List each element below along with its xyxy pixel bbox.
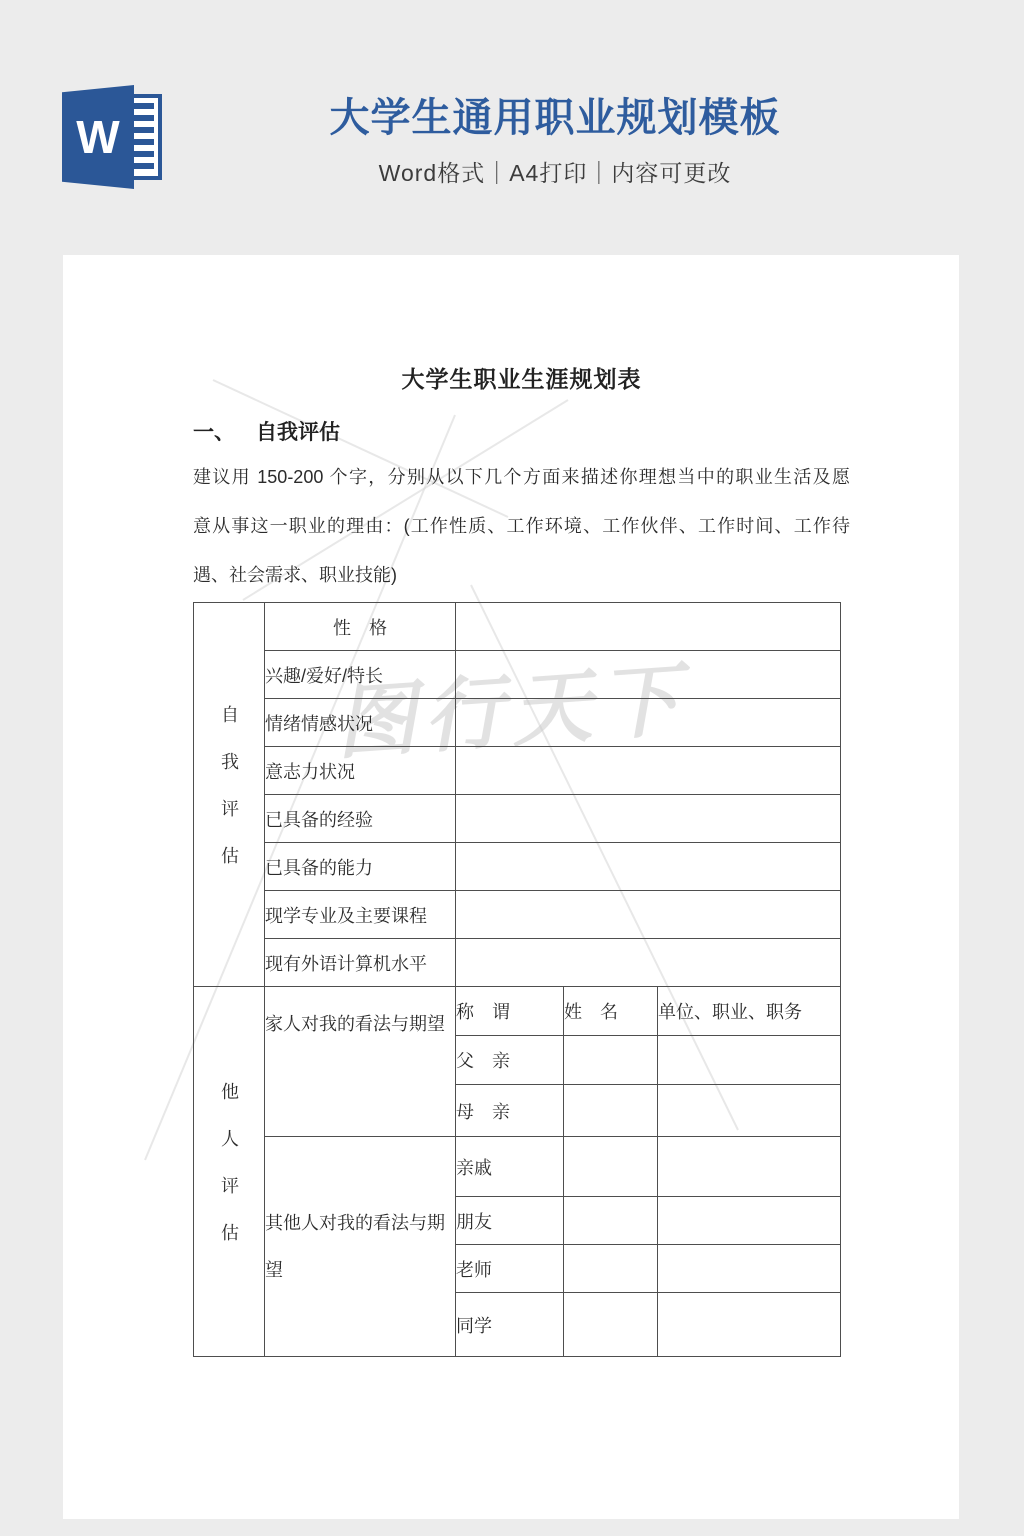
- group-label-family: 家人对我的看法与期望: [265, 987, 456, 1137]
- section1-row-header-cell: 自我评估: [194, 603, 265, 987]
- table-row: 现学专业及主要课程: [194, 891, 841, 939]
- input-cell: [456, 891, 841, 939]
- section-heading: 一、自我评估: [193, 419, 850, 447]
- table-row: 自我评估 性 格: [194, 603, 841, 651]
- input-cell: [456, 699, 841, 747]
- section1-row-header: 自我评估: [220, 691, 238, 893]
- row-label: 亲戚: [456, 1137, 564, 1197]
- word-icon-panel: W: [62, 85, 134, 189]
- input-cell: [564, 1197, 658, 1245]
- input-cell: [456, 843, 841, 891]
- input-cell: [564, 1137, 658, 1197]
- row-label: 意志力状况: [265, 747, 456, 795]
- table-row: 已具备的经验: [194, 795, 841, 843]
- section-number: 一、: [193, 419, 256, 447]
- group-label-others: 其他人对我的看法与期望: [265, 1137, 456, 1357]
- column-header: 姓 名: [564, 987, 658, 1036]
- intro-line: 建议用 150-200 个字，分别从以下几个方面来描述你理想当中的职业生活及愿: [193, 453, 850, 502]
- table-row: 意志力状况: [194, 747, 841, 795]
- intro-line: 遇、社会需求、职业技能): [193, 551, 850, 600]
- row-label: 性 格: [265, 603, 456, 651]
- input-cell: [456, 747, 841, 795]
- row-label: 已具备的经验: [265, 795, 456, 843]
- input-cell: [658, 1293, 841, 1357]
- section-title: 自我评估: [256, 421, 340, 444]
- header: 大学生通用职业规划模板 Word格式｜A4打印｜内容可更改: [86, 94, 1024, 188]
- input-cell: [564, 1293, 658, 1357]
- career-planning-table: 自我评估 性 格 兴趣/爱好/特长 情绪情感状况 意志力状况 已具备的经验 已具…: [193, 602, 841, 1357]
- input-cell: [456, 795, 841, 843]
- intro-line: 意从事这一职业的理由：(工作性质、工作环境、工作伙伴、工作时间、工作待: [193, 502, 850, 551]
- intro-paragraph: 建议用 150-200 个字，分别从以下几个方面来描述你理想当中的职业生活及愿 …: [193, 453, 850, 600]
- row-label: 现有外语计算机水平: [265, 939, 456, 987]
- word-icon-letter: W: [76, 114, 119, 160]
- page-title: 大学生通用职业规划模板: [86, 94, 1024, 142]
- row-label: 同学: [456, 1293, 564, 1357]
- row-label: 情绪情感状况: [265, 699, 456, 747]
- row-label: 兴趣/爱好/特长: [265, 651, 456, 699]
- row-label: 父 亲: [456, 1036, 564, 1085]
- input-cell: [658, 1137, 841, 1197]
- column-header: 单位、职业、职务: [658, 987, 841, 1036]
- document-content: 大学生职业生涯规划表 一、自我评估 建议用 150-200 个字，分别从以下几个…: [193, 255, 850, 1357]
- section2-row-header-cell: 他人评估: [194, 987, 265, 1357]
- input-cell: [456, 939, 841, 987]
- table-row: 他人评估 家人对我的看法与期望 称 谓 姓 名 单位、职业、职务: [194, 987, 841, 1036]
- section2-row-header: 他人评估: [220, 1068, 238, 1270]
- input-cell: [658, 1036, 841, 1085]
- input-cell: [564, 1085, 658, 1137]
- input-cell: [564, 1245, 658, 1293]
- table-row: 已具备的能力: [194, 843, 841, 891]
- input-cell: [564, 1036, 658, 1085]
- table-row: 兴趣/爱好/特长: [194, 651, 841, 699]
- table-row: 现有外语计算机水平: [194, 939, 841, 987]
- row-label: 已具备的能力: [265, 843, 456, 891]
- column-header: 称 谓: [456, 987, 564, 1036]
- input-cell: [658, 1245, 841, 1293]
- page-subtitle: Word格式｜A4打印｜内容可更改: [86, 155, 1024, 188]
- input-cell: [658, 1085, 841, 1137]
- row-label: 老师: [456, 1245, 564, 1293]
- input-cell: [456, 603, 841, 651]
- row-label: 现学专业及主要课程: [265, 891, 456, 939]
- input-cell: [658, 1197, 841, 1245]
- table-row: 情绪情感状况: [194, 699, 841, 747]
- input-cell: [456, 651, 841, 699]
- table-row: 其他人对我的看法与期望 亲戚: [194, 1137, 841, 1197]
- row-label: 母 亲: [456, 1085, 564, 1137]
- row-label: 朋友: [456, 1197, 564, 1245]
- document-title: 大学生职业生涯规划表: [193, 255, 850, 395]
- document-page: 图行天下 大学生职业生涯规划表 一、自我评估 建议用 150-200 个字，分别…: [63, 255, 959, 1519]
